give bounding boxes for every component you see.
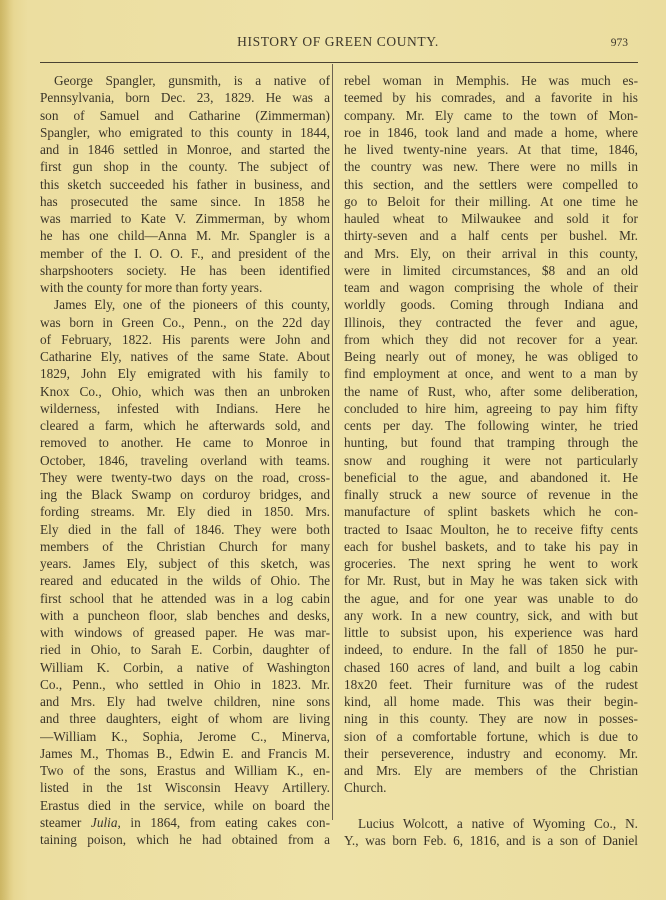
text-line: little to subsist upon, his experience w…: [344, 624, 638, 641]
text-line: removed to another. He came to Monroe in: [40, 434, 330, 451]
text-line: he has one child—Anna M. Mr. Spangler is…: [40, 227, 330, 244]
text-line: this section, and the settlers were comp…: [344, 176, 638, 193]
text-line: teemed by his comrades, and a favorite i…: [344, 89, 638, 106]
text-line: fording streams. Mr. Ely died in 1850. M…: [40, 503, 330, 520]
text-line: —William K., Sophia, Jerome C., Minerva,: [40, 728, 330, 745]
text-line: with the county for more than forty year…: [40, 279, 330, 296]
text-line: Co., Penn., who settled in Ohio in 1823.…: [40, 676, 330, 693]
text-line: William K. Corbin, a native of Washingto…: [40, 659, 330, 676]
text-line: the ague, and for one year was unable to…: [344, 590, 638, 607]
text-line: wilderness, infested with Indians. Here …: [40, 400, 330, 417]
text-line: Lucius Wolcott, a native of Wyoming Co.,…: [344, 815, 638, 832]
text-line: Ely died in the fall of 1846. They were …: [40, 521, 330, 538]
text-line: chased 160 acres of land, and built a lo…: [344, 659, 638, 676]
text-line: cleared a farm, which he afterwards sold…: [40, 417, 330, 434]
italic-ship-name: Julia: [91, 815, 118, 830]
text-line: of February, 1822. His parents were John…: [40, 331, 330, 348]
text-line: son of Samuel and Catharine (Zimmerman): [40, 107, 330, 124]
text-line: indeed, to endure. In the fall of 1850 h…: [344, 641, 638, 658]
paragraph-lucius-wolcott: Lucius Wolcott, a native of Wyoming Co.,…: [344, 815, 638, 850]
text-line: sharpshooters society. He has been ident…: [40, 262, 330, 279]
text-line: the country was new. There were no mills…: [344, 158, 638, 175]
text-line: company. Mr. Ely came to the town of Mon…: [344, 107, 638, 124]
text-line: George Spangler, gunsmith, is a native o…: [40, 72, 330, 89]
text-line: ning in this county. They are now in pos…: [344, 710, 638, 727]
text-line: member of the I. O. O. F., and president…: [40, 245, 330, 262]
page-header: HISTORY OF GREEN COUNTY. 973: [40, 30, 636, 56]
text-line: Spangler, who emigrated to this county i…: [40, 124, 330, 141]
text-line: Y., was born Feb. 6, 1816, and is a son …: [344, 832, 638, 849]
text-line: sion of a comfortable fortune, which is …: [344, 728, 638, 745]
text-line: Knox Co., Ohio, which was then an unbrok…: [40, 383, 330, 400]
left-column: George Spangler, gunsmith, is a native o…: [40, 72, 330, 848]
text-line: and Mrs. Ely had twelve children, nine s…: [40, 693, 330, 710]
text-line: rebel woman in Memphis. He was much es-: [344, 72, 638, 89]
text-line: hunting, but found that tramping through…: [344, 434, 638, 451]
text-line: for Mr. Rust, but in May he was taken si…: [344, 572, 638, 589]
text-line: worldly goods. Coming through Indiana an…: [344, 296, 638, 313]
text-line: James Ely, one of the pioneers of this c…: [40, 296, 330, 313]
text-line: Church.: [344, 779, 638, 796]
text-line: tracted to Isaac Moulton, he to receive …: [344, 521, 638, 538]
text-line: from which they did not recover for a ye…: [344, 331, 638, 348]
header-rule: [40, 62, 638, 63]
text-line: finally struck a new source of revenue i…: [344, 486, 638, 503]
page-number: 973: [611, 37, 628, 49]
text-line: Being nearly out of money, he was oblige…: [344, 348, 638, 365]
right-column: rebel woman in Memphis. He was much es-t…: [344, 72, 638, 849]
text-line: and in 1846 settled in Monroe, and start…: [40, 141, 330, 158]
paragraph-george-spangler: George Spangler, gunsmith, is a native o…: [40, 72, 330, 296]
text-line: and Mrs. Ely are members of the Christia…: [344, 762, 638, 779]
text-line: groceries. The next spring he went to wo…: [344, 555, 638, 572]
text-line: cents per day. The following winter, he …: [344, 417, 638, 434]
text-line: They were twenty-two days on the road, c…: [40, 469, 330, 486]
text-line: 1829, John Ely emigrated with his family…: [40, 365, 330, 382]
text-line: members of the Christian Church for many: [40, 538, 330, 555]
text-line: Pennsylvania, born Dec. 23, 1829. He was…: [40, 89, 330, 106]
text-line: ried in Ohio, to Sarah E. Corbin, daught…: [40, 641, 330, 658]
text-line: Erastus died in the service, while on bo…: [40, 797, 330, 814]
text-line: was married to Kate V. Zimmerman, by who…: [40, 210, 330, 227]
text-line: has prosecuted the same since. In 1858 h…: [40, 193, 330, 210]
running-title: HISTORY OF GREEN COUNTY.: [40, 34, 636, 50]
text-line: Two of the sons, Erastus and William K.,…: [40, 762, 330, 779]
text-line: with windows of greased paper. He was ma…: [40, 624, 330, 641]
text-line: taining poison, which he had obtained fr…: [40, 831, 330, 848]
text-line: Illinois, they contracted the fever and …: [344, 314, 638, 331]
text-line: first school that he attended was in a l…: [40, 590, 330, 607]
column-divider: [332, 64, 333, 820]
text-line: years. James Ely, subject of this sketch…: [40, 555, 330, 572]
text-line: their perseverence, industry and economy…: [344, 745, 638, 762]
book-page: HISTORY OF GREEN COUNTY. 973 George Span…: [0, 0, 666, 900]
text-line: listed in the 1st Wisconsin Heavy Artill…: [40, 779, 330, 796]
text-line: concluded to hire him, agreeing to pay h…: [344, 400, 638, 417]
text-line: the name of Rust, who, after some delibe…: [344, 383, 638, 400]
text-line: beneficial to the ague, and abandoned it…: [344, 469, 638, 486]
text-line: was born in Green Co., Penn., on the 22d…: [40, 314, 330, 331]
text-line: manufacture of splint baskets which he c…: [344, 503, 638, 520]
text-line: steamer Julia, in 1864, from eating cake…: [40, 814, 330, 831]
text-line: and three daughters, eight of whom are l…: [40, 710, 330, 727]
text-line: first gun shop in the county. The subjec…: [40, 158, 330, 175]
text-line: this sketch succeeded his father in busi…: [40, 176, 330, 193]
text-line: reared and educated in the wilds of Ohio…: [40, 572, 330, 589]
paragraph-james-ely: James Ely, one of the pioneers of this c…: [40, 296, 330, 848]
text-line: Catharine Ely, natives of the same State…: [40, 348, 330, 365]
text-line: were in limited circumstances, $8 and an…: [344, 262, 638, 279]
text-line: he lived twenty-nine years. At that time…: [344, 141, 638, 158]
text-line: go to Beloit for their milling. At one t…: [344, 193, 638, 210]
text-line: any work. In a new country, sick, and wi…: [344, 607, 638, 624]
text-line: each for bushel baskets, and to take his…: [344, 538, 638, 555]
paragraph-james-ely-continued: rebel woman in Memphis. He was much es-t…: [344, 72, 638, 797]
text-line: and Mrs. Ely, on their arrival in this c…: [344, 245, 638, 262]
text-line: team and wagon comprising the whole of t…: [344, 279, 638, 296]
text-line: James M., Thomas B., Edwin E. and Franci…: [40, 745, 330, 762]
text-line: 18x20 feet. Their furniture was of the r…: [344, 676, 638, 693]
text-line: kind, all home made. This was their begi…: [344, 693, 638, 710]
text-line: hauled wheat to Milwaukee and sold it fo…: [344, 210, 638, 227]
text-line: thirty-seven and a half cents per bushel…: [344, 227, 638, 244]
text-line: ing the Black Swamp on corduroy bridges,…: [40, 486, 330, 503]
text-line: roe in 1846, took land and made a home, …: [344, 124, 638, 141]
text-line: October, 1846, traveling overland with t…: [40, 452, 330, 469]
text-line: find employment at once, and went to a m…: [344, 365, 638, 382]
text-line: with a puncheon floor, slab benches and …: [40, 607, 330, 624]
text-line: snow and roughing it were not particular…: [344, 452, 638, 469]
